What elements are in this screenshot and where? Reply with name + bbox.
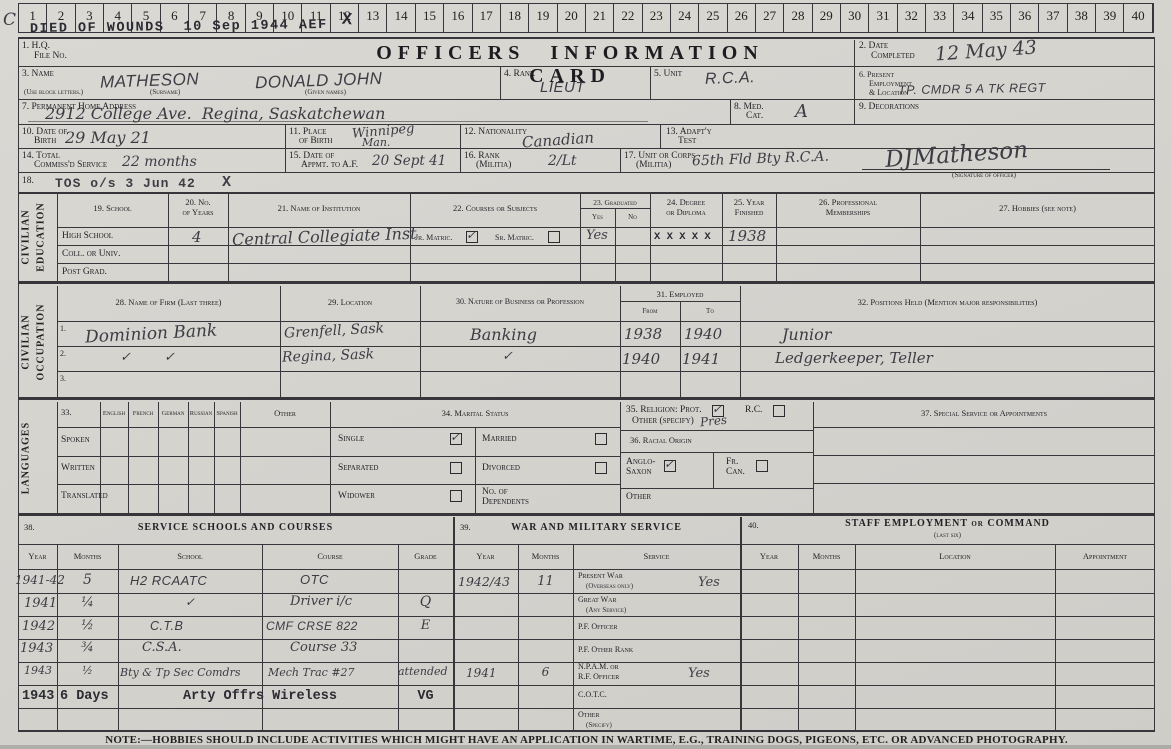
- grid-number-31: 31: [869, 4, 897, 32]
- rule-line: [453, 517, 455, 731]
- box12-x-stamp: X: [333, 10, 360, 31]
- row18-label: 18.: [22, 177, 34, 187]
- religion-label: 35. Religion: Prot.: [626, 406, 702, 416]
- marital-status-header: 34. Marital Status: [330, 409, 620, 418]
- rule-line: [475, 427, 476, 513]
- given-names-caption: (Given names): [305, 88, 346, 96]
- edu-degree-value: X X X X X: [654, 231, 711, 243]
- rule-line: [620, 452, 813, 453]
- rule-line: [18, 281, 1155, 284]
- grid-number-32: 32: [898, 4, 926, 32]
- school-row4-year: 1943: [20, 641, 53, 656]
- school-row6-months: 6 Days: [60, 689, 109, 704]
- school-row3-course: CMF CRSE 822: [266, 619, 358, 633]
- school-row3-school: C.T.B: [150, 619, 183, 633]
- grid-number-35: 35: [983, 4, 1011, 32]
- schools-year-header: Year: [18, 552, 57, 561]
- tos-stamp: TOS o/s 3 Jun 42: [55, 176, 196, 191]
- grid-number-36: 36: [1011, 4, 1039, 32]
- schools-months-header: Months: [57, 552, 118, 561]
- school-row4-school: C.S.A.: [142, 640, 182, 655]
- pob-label2: of Birth: [299, 137, 333, 147]
- special-service-header: 37. Special Service or Appointments: [813, 409, 1155, 418]
- rule-line: [57, 346, 1155, 347]
- grid-number-19: 19: [529, 4, 557, 32]
- rule-line: [620, 430, 813, 431]
- date-completed-value: 12 May 43: [934, 36, 1037, 65]
- occ-row1-location: Grenfell, Sask: [284, 320, 385, 341]
- rule-line: [28, 121, 648, 122]
- rule-line: [214, 402, 215, 513]
- war-row5-value: Yes: [688, 666, 710, 681]
- grid-number-18: 18: [501, 4, 529, 32]
- nationality-label: 12. Nationality: [464, 128, 527, 138]
- war-year-header: Year: [453, 552, 518, 561]
- rule-line: [188, 402, 189, 513]
- rule-line: [862, 169, 1110, 170]
- edu-no-header: No: [615, 213, 650, 221]
- occ-row1-nature: Banking: [470, 325, 537, 344]
- rule-line: [18, 192, 1155, 194]
- sr-matric-checkbox: [548, 231, 560, 243]
- rank-militia-value: 2/Lt: [548, 153, 577, 169]
- signature-caption: (Signature of officer): [952, 171, 1016, 179]
- rule-line: [57, 427, 620, 428]
- occ-row1-to: 1940: [684, 325, 722, 343]
- occ-row2-nature: ✓: [502, 349, 513, 364]
- war-row1-year: 1942/43: [458, 574, 510, 589]
- edu-graduated-yes-value: Yes: [586, 228, 608, 243]
- rule-line: [18, 37, 1155, 39]
- appmt-label2: Appmt. to A.F.: [301, 161, 358, 171]
- edu-year-header2: Finished: [722, 208, 776, 217]
- anglo-saxon-checkbox: ✓: [664, 460, 676, 472]
- war-row7-label: Other: [578, 711, 599, 719]
- stamp-date: 10 Sep 1944 AEF: [184, 18, 328, 35]
- med-cat-label2: Cat.: [746, 112, 763, 122]
- grid-number-39: 39: [1096, 4, 1124, 32]
- rule-line: [620, 286, 621, 397]
- schools-school-header: School: [118, 552, 262, 561]
- schools-section-title: SERVICE SCHOOLS AND COURSES: [18, 523, 453, 534]
- school-row4-months: ¾: [57, 640, 118, 655]
- school-row2-course: Driver i/c: [290, 594, 352, 609]
- war-row1-label: Present War: [578, 572, 623, 580]
- occ-positions-header: 32. Positions Held (Mention major respon…: [740, 298, 1155, 307]
- rule-line: [460, 125, 461, 173]
- unit-militia-label2: (Militia): [636, 161, 671, 171]
- religion-rc-label: R.C.: [745, 406, 762, 416]
- grid-number-17: 17: [473, 4, 501, 32]
- marital-dependents-label2: Dependents: [482, 498, 529, 508]
- total-service-label2: Commiss'd Service: [34, 161, 107, 171]
- marital-widower-label: Widower: [338, 492, 375, 502]
- war-row5-label2: R.F. Officer: [578, 673, 619, 681]
- occ-row1-positions: Junior: [782, 325, 831, 344]
- war-row1-label2: (Overseas only): [586, 582, 633, 590]
- tos-x-mark: X: [222, 174, 231, 191]
- rule-line: [813, 483, 1155, 484]
- rule-line: [18, 708, 1155, 709]
- school-row4-course: Course 33: [290, 640, 357, 655]
- rule-line: [798, 545, 799, 731]
- rule-line: [118, 545, 119, 731]
- grid-number-29: 29: [813, 4, 841, 32]
- war-row7-label2: (Specify): [586, 721, 612, 729]
- lang-col-german: German: [158, 410, 188, 417]
- occ-employed-header: 31. Employed: [620, 290, 740, 299]
- war-row6-label: C.O.T.C.: [578, 691, 607, 699]
- surname-caption: (Surname): [150, 88, 180, 96]
- grid-number-27: 27: [756, 4, 784, 32]
- employment-value: TP. CMDR 5 A TK REGT: [898, 81, 1046, 98]
- grid-number-20: 20: [558, 4, 586, 32]
- rule-line: [1154, 37, 1155, 731]
- rule-line: [813, 402, 814, 513]
- rule-line: [18, 544, 1155, 545]
- marital-married-label: Married: [482, 435, 517, 445]
- lang-row-written: Written: [61, 464, 95, 474]
- edu-year-header: 25. Year: [722, 198, 776, 207]
- staff-location-header: Location: [855, 552, 1055, 561]
- lang-col-french: French: [128, 410, 158, 417]
- pob-value2: Man.: [362, 136, 390, 149]
- racial-fr-label2: Can.: [726, 468, 745, 478]
- staff-months-header: Months: [798, 552, 855, 561]
- single-checkbox: ✓: [450, 433, 462, 445]
- war-row1-value: Yes: [698, 575, 720, 590]
- rule-line: [518, 545, 519, 731]
- edu-degree-header: 24. Degree: [650, 198, 722, 207]
- rule-line: [330, 402, 331, 513]
- school-row2-year: 1941: [24, 596, 57, 611]
- rule-line: [854, 40, 855, 125]
- appmt-value: 20 Sept 41: [372, 153, 446, 169]
- dob-label2: Birth: [34, 137, 56, 147]
- edu-years-header: 20. No.: [168, 198, 228, 207]
- unit-value: R.C.A.: [705, 69, 756, 89]
- occ-location-header: 29. Location: [280, 298, 420, 307]
- occ-row2-from: 1940: [622, 350, 660, 368]
- war-row3-label: P.F. Officer: [578, 623, 618, 631]
- lang-col-spanish: Spanish: [214, 410, 240, 417]
- schools-course-header: Course: [262, 552, 398, 561]
- rule-line: [57, 245, 1155, 246]
- staff-appointment-header: Appointment: [1055, 552, 1155, 561]
- rule-line: [18, 397, 1155, 400]
- school-row3-year: 1942: [22, 619, 55, 634]
- rule-line: [18, 99, 1155, 100]
- rule-line: [57, 321, 1155, 322]
- religion-other-value: Pres: [699, 413, 727, 430]
- lang-col-english: English: [100, 410, 128, 417]
- edu-row-high-school: High School: [62, 232, 113, 242]
- rule-line: [57, 371, 1155, 372]
- occ-row2-location: Regina, Sask: [282, 346, 375, 365]
- rule-line: [813, 455, 1155, 456]
- religion-other-label: Other (specify): [632, 417, 694, 427]
- staff-section-subtitle: (last six): [740, 531, 1155, 539]
- grid-number-16: 16: [444, 4, 472, 32]
- lang-row-translated: Translated: [61, 492, 108, 502]
- rule-line: [18, 569, 1155, 570]
- decorations-label: 9. Decorations: [859, 103, 919, 113]
- school-row5-school: Bty & Tp Sec Comdrs: [120, 666, 241, 679]
- school-row1-school: H2 RCAATC: [130, 573, 207, 588]
- rule-line: [18, 639, 1155, 640]
- grid-number-13: 13: [359, 4, 387, 32]
- edu-memberships-header2: Memberships: [776, 208, 920, 217]
- occ-row2-to: 1941: [682, 350, 720, 368]
- unit-militia-value: 65th Fld Bty R.C.A.: [692, 149, 829, 170]
- name-label: 3. Name: [22, 70, 54, 80]
- rule-line: [580, 208, 650, 209]
- education-section-label: CIVILIAN EDUCATION: [18, 193, 57, 281]
- fr-can-checkbox: [756, 460, 768, 472]
- grid-number-25: 25: [699, 4, 727, 32]
- school-row1-course: OTC: [300, 572, 329, 587]
- rule-line: [813, 427, 1155, 428]
- occ-nature-header: 30. Nature of Business or Profession: [420, 298, 620, 306]
- staff-year-header: Year: [740, 552, 798, 561]
- rule-line: [57, 263, 1155, 264]
- schools-grade-header: Grade: [398, 552, 453, 561]
- grid-number-33: 33: [926, 4, 954, 32]
- edu-years-header2: of Years: [168, 208, 228, 217]
- widower-checkbox: [450, 490, 462, 502]
- rule-line: [57, 484, 620, 485]
- name-sub-caption: (Use block letters.): [24, 88, 83, 96]
- rule-line: [158, 402, 159, 513]
- school-row3-grade: E: [398, 618, 453, 633]
- rule-line: [285, 125, 286, 173]
- edu-institution-header: 21. Name of Institution: [228, 204, 410, 213]
- unit-label: 5. Unit: [654, 70, 682, 80]
- edu-hobbies-header: 27. Hobbies (see note): [920, 204, 1155, 213]
- rule-line: [18, 513, 1155, 516]
- racial-other-label: Other: [626, 493, 651, 503]
- grid-number-38: 38: [1068, 4, 1096, 32]
- marital-divorced-label: Divorced: [482, 464, 520, 474]
- employment-label: 6. Present: [859, 70, 894, 79]
- occ-row1-num: 1.: [60, 324, 66, 333]
- married-checkbox: [595, 433, 607, 445]
- school-row5-months: ½: [57, 664, 118, 677]
- staff-section-title: STAFF EMPLOYMENT or COMMAND: [740, 519, 1155, 530]
- racial-origin-header: 36. Racial Origin: [630, 436, 692, 445]
- school-row6-school: Arty Offrs Wireless: [130, 689, 390, 704]
- jr-matric-label: Jr. Matric.: [415, 233, 453, 242]
- stamp-text: DIED OF WOUNDS: [30, 20, 165, 37]
- war-service-header: Service: [573, 552, 740, 561]
- occ-row1-from: 1938: [624, 325, 662, 343]
- war-row5-year: 1941: [466, 666, 497, 680]
- edu-courses-header: 22. Courses or Subjects: [410, 204, 580, 213]
- war-row4-label: P.F. Other Rank: [578, 646, 633, 654]
- rule-line: [620, 149, 621, 173]
- school-row2-months: ¼: [57, 595, 118, 610]
- died-of-wounds-stamp: DIED OF WOUNDS 10 Sep 1944 AEF: [30, 18, 328, 37]
- officers-information-card: C 12345678910111213141516171819202122232…: [0, 0, 1171, 749]
- rule-line: [740, 517, 742, 731]
- war-section-title: WAR AND MILITARY SERVICE: [453, 523, 740, 534]
- rule-line: [18, 685, 1155, 686]
- school-row2-school: ✓: [118, 595, 262, 609]
- occ-to-header: To: [680, 307, 740, 315]
- rule-line: [128, 402, 129, 513]
- edu-years-value: 4: [192, 228, 202, 246]
- officer-signature: DJMatheson: [884, 137, 1029, 173]
- rule-line: [620, 488, 813, 489]
- rule-line: [57, 456, 620, 457]
- languages-num: 33.: [61, 408, 72, 417]
- war-row2-label2: (Any Service): [586, 606, 626, 614]
- occ-firm-header: 28. Name of Firm (Last three): [57, 298, 280, 307]
- school-row1-months: 5: [57, 572, 118, 588]
- grid-number-23: 23: [643, 4, 671, 32]
- med-cat-value: A: [795, 101, 808, 122]
- separated-checkbox: [450, 462, 462, 474]
- grid-number-30: 30: [841, 4, 869, 32]
- rule-line: [18, 124, 1155, 125]
- grid-number-26: 26: [728, 4, 756, 32]
- war-row1-months: 11: [518, 574, 573, 589]
- grid-number-34: 34: [954, 4, 982, 32]
- jr-matric-checkbox: ✓: [466, 231, 478, 243]
- lang-col-russian: Russian: [188, 410, 214, 417]
- occ-row1-firm: Dominion Bank: [85, 321, 218, 348]
- marital-single-label: Single: [338, 435, 364, 445]
- rule-line: [18, 730, 1155, 732]
- rule-line: [713, 452, 714, 488]
- total-service-value: 22 months: [122, 154, 197, 170]
- marital-separated-label: Separated: [338, 464, 378, 474]
- hq-file-label2: File No.: [34, 52, 67, 62]
- grid-number-37: 37: [1039, 4, 1067, 32]
- adapty-test-label2: Test: [678, 137, 696, 147]
- rule-line: [620, 301, 740, 302]
- rule-line: [18, 616, 1155, 617]
- school-row6-year: 1943: [22, 689, 54, 704]
- rule-line: [240, 402, 241, 513]
- rule-line: [18, 593, 1155, 594]
- page-edge-shadow: [0, 745, 1171, 749]
- edu-year-finished-value: 1938: [728, 227, 766, 245]
- religion-rc-checkbox: [773, 405, 785, 417]
- war-row5-label: N.P.A.M. or: [578, 663, 619, 671]
- school-row5-course: Mech Trac #27: [268, 666, 355, 679]
- lang-row-spoken: Spoken: [61, 436, 90, 446]
- edu-degree-header2: or Diploma: [650, 208, 722, 217]
- war-row2-label: Great War: [578, 596, 617, 604]
- sr-matric-label: Sr. Matric.: [495, 233, 534, 242]
- languages-section-label: LANGUAGES: [18, 402, 57, 513]
- school-row5-grade: attended: [398, 665, 448, 678]
- divorced-checkbox: [595, 462, 607, 474]
- occ-row3-num: 3.: [60, 374, 66, 383]
- rule-line: [573, 545, 574, 731]
- school-row3-months: ½: [57, 618, 118, 633]
- occ-row2-firm: ✓ ✓: [120, 350, 175, 365]
- date-completed-label2: Completed: [871, 52, 915, 62]
- occ-row2-positions: Ledgerkeeper, Teller: [775, 349, 933, 367]
- edu-memberships-header: 26. Professional: [776, 198, 920, 207]
- rank-value: LIEUT: [540, 79, 585, 96]
- rule-line: [855, 545, 856, 731]
- school-row2-grade: Q: [398, 594, 453, 610]
- rule-line: [1055, 545, 1056, 731]
- rule-line: [730, 100, 731, 125]
- grid-number-21: 21: [586, 4, 614, 32]
- rule-line: [57, 402, 58, 513]
- edu-graduated-header: 23. Graduated: [578, 198, 652, 207]
- lang-col-other: Other: [240, 409, 330, 418]
- dob-value: 29 May 21: [65, 128, 151, 147]
- grid-number-40: 40: [1124, 4, 1152, 32]
- occ-from-header: From: [620, 307, 680, 315]
- rule-line: [660, 125, 661, 149]
- grid-number-15: 15: [416, 4, 444, 32]
- edu-yes-header: Yes: [580, 213, 615, 221]
- edu-school-header: 19. School: [57, 204, 168, 213]
- rank-label: 4. Rank: [504, 70, 535, 80]
- grid-number-14: 14: [387, 4, 415, 32]
- rule-line: [680, 302, 681, 397]
- edu-row-postgrad: Post Grad.: [62, 268, 107, 278]
- racial-anglo-label2: Saxon: [626, 468, 652, 478]
- war-row5-months: 6: [518, 665, 573, 679]
- rank-militia-label2: (Militia): [476, 161, 511, 171]
- occ-row2-num: 2.: [60, 349, 66, 358]
- rule-line: [620, 402, 621, 513]
- war-months-header: Months: [518, 552, 573, 561]
- grid-number-28: 28: [784, 4, 812, 32]
- grid-number-22: 22: [614, 4, 642, 32]
- occupation-section-label: CIVILIAN OCCUPATION: [18, 286, 57, 397]
- corner-pencil-mark: C: [3, 10, 16, 30]
- edu-row-college: Coll. or Univ.: [62, 250, 120, 260]
- grid-number-24: 24: [671, 4, 699, 32]
- school-row6-grade: VG: [398, 689, 453, 704]
- school-row5-year: 1943: [24, 664, 52, 677]
